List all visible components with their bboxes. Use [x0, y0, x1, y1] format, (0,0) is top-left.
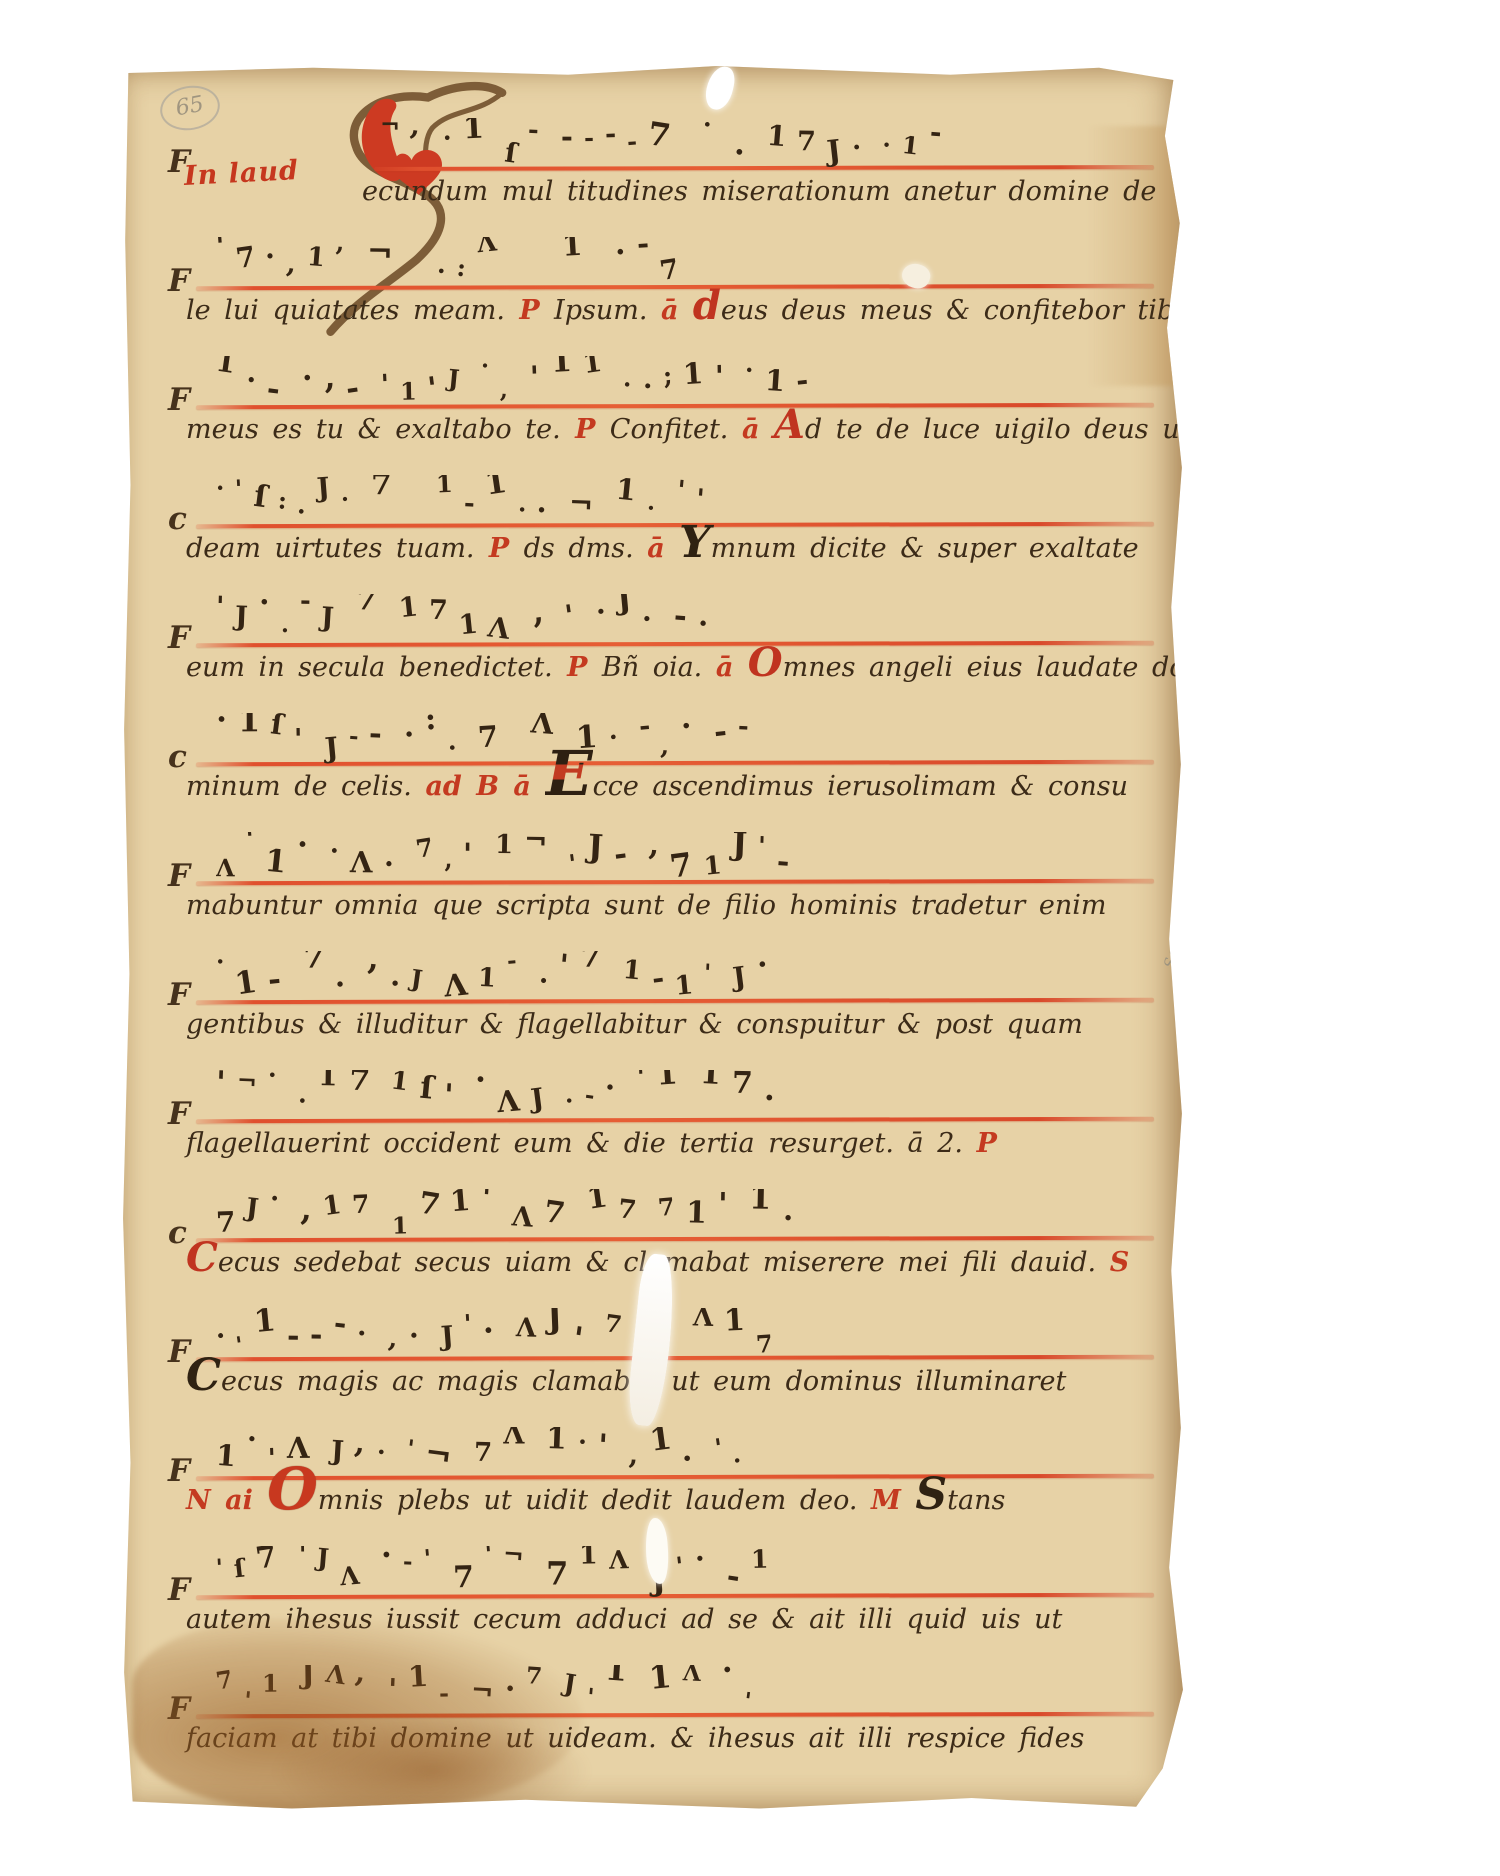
neume-glyph: J [245, 1193, 261, 1224]
neume-glyph: J [323, 731, 339, 765]
neume-glyph: J [546, 1308, 563, 1336]
neume-glyph: , [500, 376, 509, 403]
neume-glyph: ' [718, 1189, 728, 1223]
neume-glyph: 1 [622, 955, 643, 987]
neume-glyph: · [781, 1200, 794, 1235]
neume-glyph: · [403, 717, 416, 752]
chant-text-line: minum de celis. ad B ā Ecce ascendimus i… [186, 771, 1166, 802]
neume-glyph: · [646, 495, 655, 522]
neume-glyph: 1 [478, 963, 498, 994]
neume-glyph: J [331, 1435, 346, 1467]
neume-glyph: 7 [477, 719, 499, 754]
neume-glyph: Λ [350, 845, 373, 879]
neume-glyph: 7 [645, 118, 673, 155]
neume-glyph: · [443, 124, 452, 153]
neume-glyph: · [340, 486, 350, 514]
neume-glyph: ſ [252, 479, 269, 515]
neume-row: '7.,1,¬·:Λ1·-7 [216, 237, 1150, 295]
neume-glyph: 1 [655, 1070, 679, 1093]
neume-glyph: 1 [749, 1189, 772, 1217]
neume-glyph: 1 [233, 964, 260, 1003]
rubric-letter: ā [742, 414, 774, 445]
neume-glyph: J [235, 601, 249, 632]
decorated-initial: O [267, 1455, 318, 1523]
neume-glyph: , [285, 248, 298, 280]
neume-glyph: ¬ [380, 118, 400, 139]
clef-letter: F [168, 1096, 190, 1132]
neume-glyph: · [604, 1070, 617, 1105]
neume-glyph: ' [425, 370, 439, 407]
neume-glyph: J [529, 1083, 546, 1115]
stain-bottom-left-dark [272, 1716, 592, 1826]
neume-glyph: ' [563, 598, 577, 633]
neume-glyph: ¬ [236, 1070, 257, 1095]
neume-glyph: ' [380, 369, 390, 400]
music-text-system: c·1ſ'J--·:·7Λ1·-,·--minum de celis. ad B… [122, 715, 1184, 829]
neume-glyph: · [643, 371, 653, 402]
neume-glyph: 7 [657, 1192, 676, 1222]
neume-glyph: Λ [682, 1665, 701, 1687]
neume-glyph: 1 [604, 1665, 629, 1689]
neume-glyph: · [381, 1546, 393, 1573]
neume-row: 'ſ7'JΛ·-'7'¬71ΛJ'·-1 [216, 1546, 1150, 1604]
neume-glyph: · [608, 722, 618, 751]
neume-glyph: 7 [216, 1205, 236, 1239]
neume-glyph: Λ [339, 1561, 361, 1592]
neume-glyph: 1 [238, 713, 260, 739]
neume-glyph: ſ [503, 137, 519, 169]
neume-glyph: 1 [462, 118, 485, 146]
neume-glyph: 7 [253, 1546, 279, 1577]
neume-glyph: 7 [352, 1189, 371, 1219]
decorated-initial: C [186, 1350, 221, 1401]
rubric-letter: S [1110, 1247, 1130, 1278]
neume-glyph: 1 [390, 1070, 411, 1096]
neume-glyph: - [506, 951, 518, 975]
neume-glyph: 7 [413, 832, 435, 863]
neume-glyph: ' [597, 1428, 609, 1465]
neume-glyph: · [763, 1080, 775, 1116]
chant-text-line: meus es tu & exaltabo te. P Confitet. ā … [186, 414, 1166, 445]
neume-glyph: J [731, 832, 748, 863]
neume-glyph: · [407, 1318, 420, 1352]
neume-glyph: 7 [603, 1308, 624, 1339]
neume-glyph: · [733, 134, 746, 171]
neume-glyph: · [302, 361, 313, 396]
chant-text-segment: gentibus & illuditur & flagellabitur & c… [186, 1009, 1083, 1040]
neume-glyph: 7 [428, 595, 448, 626]
rubric-letter: P [475, 533, 524, 564]
neume-glyph: 7 [668, 845, 695, 886]
neume-glyph: · [268, 1189, 282, 1215]
chant-text-line: deam uirtutes tuam. P ds dms. ā Ymnum di… [186, 533, 1166, 564]
chant-text-line: ecundum mul titudines miserationum anetu… [362, 176, 1166, 207]
decorated-initial: E [545, 737, 592, 810]
neume-glyph: 1 [457, 609, 479, 642]
neume-glyph: 1 [648, 1665, 674, 1697]
neume-glyph: - [343, 370, 361, 407]
neume-glyph: 7 [546, 1555, 568, 1593]
chant-text-segment: eum in secula benedictet. [186, 652, 553, 683]
neume-row: 1·'ΛJ,·'¬7Λ1·',1·'· [216, 1427, 1150, 1485]
neume-row: ·1-7·,·JΛ1-·'71-1'J· [216, 951, 1150, 1009]
rubric-letter: ā [716, 652, 748, 683]
neume-glyph: 7 [355, 594, 379, 618]
neume-glyph: · [594, 595, 608, 629]
neume-glyph: 1 [765, 119, 787, 154]
neume-glyph: J [587, 832, 604, 866]
neume-glyph: - [636, 237, 650, 261]
neume-glyph: , [323, 358, 336, 397]
music-text-system: F¬,·1ſ-----7··17J·.1-ecundum mul titudin… [122, 120, 1184, 234]
clef-letter: F [168, 144, 190, 180]
neume-glyph: 1 [397, 594, 419, 624]
neume-glyph: , [300, 1190, 313, 1229]
neume-glyph: , [530, 594, 546, 631]
neume-glyph: 1 [614, 475, 637, 508]
neume-glyph: ¬ [523, 832, 547, 856]
neume-glyph: - [332, 1308, 348, 1342]
neume-glyph: 1 [483, 475, 510, 503]
neume-glyph: ' [713, 1433, 725, 1463]
neume-glyph: ' [695, 484, 706, 516]
neume-glyph: 7 [371, 475, 392, 502]
neume-glyph: - [584, 123, 594, 152]
neume-glyph: Λ [511, 1201, 534, 1233]
neume-glyph: . [264, 237, 278, 266]
neume-glyph: · [389, 966, 400, 1000]
neume-glyph: ' [571, 1319, 586, 1358]
neume-glyph: 1 [550, 356, 573, 380]
neume-glyph: 1 [579, 1546, 598, 1571]
neume-glyph: - [604, 119, 616, 150]
neume-glyph: ' [637, 1070, 647, 1093]
rubric-letter: ad B ā [425, 771, 545, 802]
neume-glyph: J [825, 133, 842, 168]
neume-glyph: ' [714, 359, 723, 393]
neume-glyph: ' [422, 1546, 432, 1573]
neume-glyph: 7 [474, 1438, 493, 1468]
neume-glyph: · [745, 356, 754, 384]
neume-glyph: · [482, 1313, 494, 1349]
neume-glyph: - [403, 1548, 413, 1575]
neume-glyph: · [578, 1428, 587, 1457]
neume-glyph: ' [216, 1070, 226, 1101]
neume-glyph: - [266, 961, 282, 998]
neume-glyph: ¬ [502, 1546, 525, 1570]
neume-glyph: · [681, 713, 692, 744]
neume-row: 7J·,17171'Λ71771'1· [216, 1189, 1150, 1247]
neume-row: 'J··-J7171Λ,'·J·-· [216, 594, 1150, 652]
neume-glyph: 1 [263, 843, 288, 881]
decorated-initial: S [915, 1469, 947, 1520]
manuscript-leaf: 65 In laud F¬,·1ſ-----7··17J·.1-ecundum … [122, 66, 1184, 1812]
rubric-letter: P [505, 295, 554, 326]
clef-letter: F [168, 382, 190, 418]
neume-glyph: 1 [585, 1189, 610, 1216]
neume-glyph: , [366, 951, 380, 977]
decorated-initial: C [186, 1234, 218, 1281]
neume-row: Λ'1··Λ·7,'1¬'J-,71J'- [216, 832, 1150, 890]
clef-letter: F [168, 263, 190, 299]
clef-letter: c [168, 1215, 187, 1251]
neume-glyph: · [538, 966, 550, 998]
music-text-system: F'J··-J7171Λ,'·J·-·eum in secula benedic… [122, 596, 1184, 710]
neume-glyph: 7 [579, 951, 602, 975]
chant-text-segment: Bñ oia. [602, 652, 716, 683]
neume-glyph: ' [216, 594, 225, 622]
neume-glyph: 1 [764, 363, 786, 398]
neume-glyph: 7 [731, 1070, 753, 1101]
neume-glyph: - [794, 363, 810, 398]
rubric-letter: P [977, 1128, 997, 1159]
neume-glyph: ¬ [423, 1434, 454, 1475]
neume-glyph: 1 [682, 356, 704, 391]
neume-glyph: 1 [699, 1070, 722, 1092]
neume-glyph: · [850, 133, 862, 164]
chant-text-segment: mnes angeli eius laudate do [783, 652, 1186, 683]
neume-glyph: 1 [391, 1212, 408, 1239]
neume-row: ·'1---·,·J'·ΛJ'71'Λ17 [216, 1308, 1150, 1366]
neume-glyph: , [409, 118, 423, 142]
neume-glyph: 1 [647, 1427, 673, 1459]
rubric-letter: P [553, 652, 602, 683]
neume-glyph: . [536, 485, 548, 520]
page-background: 65 In laud F¬,·1ſ-----7··17J·.1-ecundum … [0, 0, 1500, 1876]
neume-glyph: 7 [616, 1194, 637, 1226]
neume-glyph: · [216, 1320, 228, 1352]
neume-glyph: - [626, 126, 638, 156]
neume-glyph: 7 [347, 1070, 370, 1099]
rubric-letter: M [871, 1485, 915, 1516]
neume-glyph: , [648, 832, 661, 863]
neume-glyph: Λ [486, 610, 512, 646]
neume-glyph: - [265, 371, 282, 408]
neume-glyph: - [650, 960, 666, 995]
decorated-initial: O [748, 639, 783, 686]
neume-glyph: . [246, 356, 258, 389]
neume-glyph: 1 [901, 130, 921, 161]
neume-glyph: ' [675, 1551, 686, 1581]
neume-glyph: 1 [702, 850, 722, 881]
neume-glyph: - [299, 594, 310, 616]
neume-glyph: · [328, 836, 341, 867]
neume-glyph: - [527, 118, 539, 146]
neume-glyph: 1 [546, 1427, 568, 1457]
neume-glyph: · [216, 475, 224, 502]
rubric-letter: ā [661, 295, 693, 326]
neume-glyph: ¬ [569, 486, 595, 521]
neume-glyph: ' [484, 1546, 494, 1568]
neume-glyph: · [297, 1086, 309, 1116]
neume-glyph: Λ [503, 1427, 524, 1450]
neume-glyph: ' [463, 837, 472, 872]
neume-glyph: · [296, 832, 310, 863]
decorated-initial: d [693, 282, 721, 329]
chant-text-segment: d te de luce uigilo deus ut ui [805, 414, 1230, 445]
neume-glyph: - [463, 488, 475, 518]
chant-text-segment: tans [947, 1485, 1005, 1516]
neume-glyph: Λ [475, 237, 497, 258]
clef-letter: F [168, 977, 190, 1013]
chant-text-segment: ecundum mul titudines miserationum anetu… [362, 176, 1156, 207]
neume-glyph: : [424, 713, 437, 738]
neume-glyph: Λ [496, 1083, 521, 1119]
neume-glyph: ; [662, 361, 674, 391]
neume-glyph: · [517, 495, 527, 525]
neume-glyph: J [447, 363, 461, 393]
music-text-system: F·1-7·,·JΛ1-·'71-1'J·gentibus & illuditu… [122, 953, 1184, 1067]
chant-text-segment: mnis plebs ut uidit dedit laudem deo. [318, 1485, 871, 1516]
neume-glyph: 1 [400, 377, 417, 406]
neume-glyph: - [561, 119, 573, 153]
neume-glyph: 1 [750, 1546, 768, 1574]
neume-glyph: J [409, 963, 424, 993]
neume-glyph: ſ [418, 1070, 435, 1107]
neume-glyph: 1 [216, 356, 238, 380]
neume-glyph: 1 [674, 970, 695, 1002]
neume-glyph: ¬ [367, 237, 393, 270]
neume-glyph: · [435, 256, 448, 286]
neume-glyph: · [694, 1546, 706, 1575]
neume-glyph: 1 [494, 832, 513, 860]
neume-glyph: ' [216, 237, 226, 263]
neume-glyph: 1 [685, 1195, 707, 1231]
chant-text-line: Cecus sedebat secus uiam & clamabat mise… [186, 1247, 1166, 1278]
neume-glyph: 7 [416, 1189, 442, 1223]
neume-glyph: Λ [442, 967, 469, 1004]
neume-glyph: 7 [233, 240, 257, 275]
neume-glyph: - [369, 716, 383, 752]
clef-letter: F [168, 1572, 190, 1608]
neume-glyph: ' [481, 1189, 492, 1214]
neume-glyph: · [356, 1318, 368, 1350]
neume-row: '¬··171ſ'·ΛJ·-·'117· [216, 1070, 1150, 1128]
chant-text-segment: ds dms. [524, 533, 648, 564]
neume-glyph: ' [294, 722, 303, 755]
neume-glyph: , [353, 1427, 367, 1461]
neume-glyph: · [732, 1445, 744, 1475]
chant-text-segment: mnum dicite & super exaltate [711, 533, 1139, 564]
neume-glyph: 1 [449, 1189, 472, 1218]
neume-glyph: Λ [609, 1546, 629, 1575]
neume-glyph: 1 [321, 1190, 343, 1222]
neume-glyph: · [258, 594, 271, 621]
neume-glyph: Λ [216, 853, 235, 882]
chant-text-segment: mabuntur omnia que scripta sunt de filio… [186, 890, 1106, 921]
clef-letter: F [168, 620, 190, 656]
neume-row: ¬,·1ſ-----7··17J·.1- [380, 118, 1150, 176]
neume-glyph: 1 [580, 356, 603, 380]
clef-letter: c [168, 739, 187, 775]
neume-glyph: · [702, 118, 712, 139]
neume-glyph: Λ [692, 1308, 713, 1333]
neume-glyph: · [480, 356, 490, 380]
neume-glyph: · [245, 1427, 259, 1456]
chant-text-segment: Ipsum. [554, 295, 661, 326]
neume-glyph: 1 [435, 475, 453, 498]
neume-glyph: ſ [269, 713, 285, 742]
chant-text-segment: eus deus meus & confitebor tibi deus [721, 295, 1261, 326]
neume-glyph: ' [216, 1554, 224, 1581]
neume-glyph: , [629, 1439, 640, 1470]
neume-glyph: 7 [302, 951, 325, 976]
chant-text-line: eum in secula benedictet. P Bñ oia. ā Om… [186, 652, 1166, 683]
neume-glyph: · [613, 237, 628, 271]
neume-glyph: ' [234, 1332, 245, 1360]
chant-text-segment: flagellauerint occident eum & die tertia… [186, 1128, 894, 1159]
neume-glyph: · [682, 1442, 693, 1477]
neume-glyph: · [756, 951, 770, 983]
neume-glyph: 1 [253, 1308, 278, 1340]
chant-text-line: gentibus & illuditur & flagellabitur & c… [186, 1009, 1166, 1040]
neume-glyph: - [612, 836, 629, 873]
neume-glyph: · [334, 967, 347, 1002]
decorated-initial: A [774, 401, 805, 448]
chant-text-segment: le lui quiatates meam. [186, 295, 505, 326]
neume-glyph: - [712, 713, 729, 750]
pencil-note-line2: Sec. XI/2 [1191, 836, 1226, 915]
neume-glyph: · [216, 951, 226, 976]
neume-glyph: · [697, 606, 709, 641]
chant-text-segment: deam uirtutes tuam. [186, 533, 475, 564]
neume-glyph: - [929, 118, 943, 149]
neume-glyph: - [310, 1318, 323, 1353]
neume-glyph: , [660, 731, 671, 761]
neume-glyph: ' [464, 1309, 473, 1338]
neume-glyph: 7 [657, 254, 680, 287]
neume-glyph: - [672, 598, 688, 635]
chant-text-line: mabuntur omnia que scripta sunt de filio… [186, 890, 1166, 921]
neume-glyph: J [615, 594, 632, 618]
neume-glyph: 1 [723, 1308, 746, 1339]
clef-letter: F [168, 1453, 190, 1489]
neume-glyph: ' [586, 1683, 595, 1711]
neume-glyph: ' [704, 959, 712, 986]
neume-glyph: · [383, 847, 395, 881]
neume-glyph: 1 [318, 1070, 338, 1092]
neume-glyph: ' [675, 475, 686, 506]
chant-text-line: Cecus magis ac magis clamabat ut eum dom… [186, 1366, 1166, 1397]
neume-glyph: J [732, 961, 749, 993]
music-text-system: F'7.,1,¬·:Λ1·-7le lui quiatates meam. P … [122, 239, 1184, 353]
neume-glyph: · [473, 1070, 488, 1098]
neume-glyph: ' [235, 475, 244, 503]
neume-glyph: 1 [561, 237, 583, 263]
rubric-letter: P [561, 414, 610, 445]
neume-glyph: J [316, 475, 331, 504]
chant-text-line: flagellauerint occident eum & die tertia… [186, 1128, 1166, 1159]
clef-letter: F [168, 858, 190, 894]
clef-letter: c [168, 501, 187, 537]
neume-glyph: ' [299, 1546, 307, 1569]
neume-glyph: 7 [755, 1329, 774, 1359]
neume-glyph: ' [244, 832, 255, 855]
neume-glyph: - [348, 722, 360, 750]
chant-text-segment: Confitet. [610, 414, 742, 445]
neume-glyph: - [638, 713, 652, 742]
chant-text-segment: cce ascendimus ierusolimam & consu [593, 771, 1128, 802]
rubric-letter: N ai [186, 1485, 267, 1516]
neume-glyph: · [268, 1070, 277, 1090]
neume-glyph: ' [758, 832, 767, 860]
neume-glyph: · [279, 617, 289, 645]
neume-glyph: - [583, 1081, 596, 1109]
chant-text-line: le lui quiatates meam. P Ipsum. ā deus d… [186, 295, 1166, 326]
music-text-system: F'¬··171ſ'·ΛJ·-·'117·flagellauerint occi… [122, 1072, 1184, 1186]
neume-glyph: ' [443, 1078, 454, 1113]
neume-glyph: : [276, 485, 287, 515]
